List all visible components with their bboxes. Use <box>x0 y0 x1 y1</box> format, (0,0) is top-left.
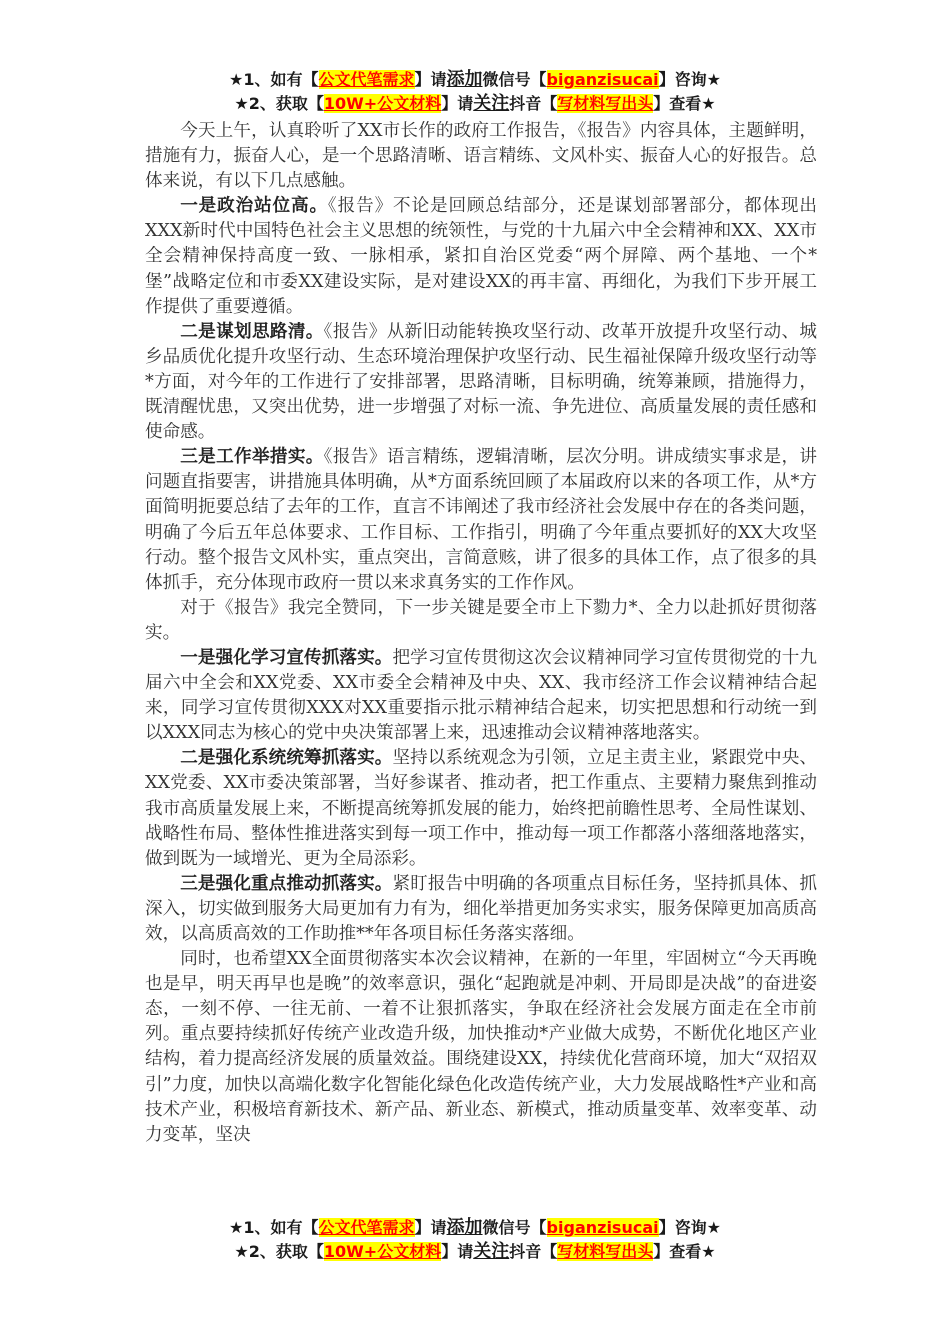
paragraph-lead: 三是强化重点推动抓落实。 <box>180 874 392 894</box>
promo-text: 】查看★ <box>653 94 715 113</box>
paragraph-lead: 一是强化学习宣传抓落实。 <box>180 648 392 668</box>
footer-promo-banner: ★1、如有【公文代笔需求】请添加微信号【biganzisucai】咨询★ ★2、… <box>0 1216 950 1264</box>
promo-text: ★2、获取【 <box>234 94 323 113</box>
promo-text: 微信号【 <box>483 1218 547 1237</box>
promo-text: 抖音【 <box>509 94 557 113</box>
paragraph-transition: 对于《报告》我完全赞同，下一步关键是要全市上下勠力*、全力以赴抓好贯彻落实。 <box>145 596 817 646</box>
paragraph-text: 同时，也希望XX全面贯彻落实本次会议精神，在新的一年里，牢固树立“今天再晚也是早… <box>145 949 817 1145</box>
promo-text: ★1、如有【 <box>229 70 318 89</box>
promo-text: 抖音【 <box>509 1242 557 1261</box>
header-promo-banner: ★1、如有【公文代笔需求】请添加微信号【biganzisucai】咨询★ ★2、… <box>0 68 950 116</box>
promo-line-2: ★2、获取【10W+公文材料】请关注抖音【写材料写出头】查看★ <box>0 92 950 116</box>
promo-text: 】请 <box>441 94 473 113</box>
underlined-text: 添加 <box>447 1217 483 1238</box>
promo-text: 】咨询★ <box>659 1218 721 1237</box>
highlight-douyin-account: 写材料写出头 <box>557 1242 653 1261</box>
promo-text: 】查看★ <box>653 1242 715 1261</box>
paragraph-text: 今天上午，认真聆听了XX市长作的政府工作报告，《报告》内容具体，主题鲜明，措施有… <box>145 121 817 191</box>
paragraph-intro: 今天上午，认真聆听了XX市长作的政府工作报告，《报告》内容具体，主题鲜明，措施有… <box>145 119 817 194</box>
paragraph-text: 《报告》语言精练，逻辑清晰，层次分明。讲成绩实事求是，讲问题直指要害，讲措施具体… <box>145 447 817 592</box>
highlight-service: 公文代笔需求 <box>319 1218 415 1237</box>
paragraph-lead: 二是强化系统统筹抓落实。 <box>180 748 392 768</box>
highlight-materials: 10W+公文材料 <box>324 1242 441 1261</box>
promo-text: ★2、获取【 <box>234 1242 323 1261</box>
highlight-wechat-id: biganzisucai <box>547 1218 659 1237</box>
highlight-wechat-id: biganzisucai <box>547 70 659 89</box>
paragraph-point-1: 一是政治站位高。《报告》不论是回顾总结部分，还是谋划部署部分，都体现出XXX新时… <box>145 194 817 319</box>
paragraph-action-1: 一是强化学习宣传抓落实。把学习宣传贯彻这次会议精神同学习宣传贯彻党的十九届六中全… <box>145 646 817 746</box>
document-page: ★1、如有【公文代笔需求】请添加微信号【biganzisucai】咨询★ ★2、… <box>0 0 950 1344</box>
underlined-text: 关注 <box>473 1241 509 1262</box>
paragraph-action-3: 三是强化重点推动抓落实。紧盯报告中明确的各项重点目标任务，坚持抓具体、抓深入，切… <box>145 872 817 947</box>
promo-line-2: ★2、获取【10W+公文材料】请关注抖音【写材料写出头】查看★ <box>0 1240 950 1264</box>
paragraph-action-2: 二是强化系统统筹抓落实。坚持以系统观念为引领，立足主责主业，紧跟党中央、XX党委… <box>145 746 817 871</box>
paragraph-lead: 一是政治站位高。 <box>180 196 328 216</box>
paragraph-point-3: 三是工作举措实。《报告》语言精练，逻辑清晰，层次分明。讲成绩实事求是，讲问题直指… <box>145 445 817 596</box>
highlight-service: 公文代笔需求 <box>319 70 415 89</box>
highlight-douyin-account: 写材料写出头 <box>557 94 653 113</box>
paragraph-point-2: 二是谋划思路清。《报告》从新旧动能转换攻坚行动、改革开放提升攻坚行动、城乡品质优… <box>145 320 817 445</box>
underlined-text: 添加 <box>447 69 483 90</box>
paragraph-closing: 同时，也希望XX全面贯彻落实本次会议精神，在新的一年里，牢固树立“今天再晚也是早… <box>145 947 817 1148</box>
paragraph-lead: 二是谋划思路清。 <box>180 322 324 342</box>
promo-text: 】请 <box>441 1242 473 1261</box>
highlight-materials: 10W+公文材料 <box>324 94 441 113</box>
promo-text: 微信号【 <box>483 70 547 89</box>
promo-line-1: ★1、如有【公文代笔需求】请添加微信号【biganzisucai】咨询★ <box>0 68 950 92</box>
paragraph-lead: 三是工作举措实。 <box>180 447 324 467</box>
promo-text: 】请 <box>415 70 447 89</box>
promo-line-1: ★1、如有【公文代笔需求】请添加微信号【biganzisucai】咨询★ <box>0 1216 950 1240</box>
paragraph-text: 对于《报告》我完全赞同，下一步关键是要全市上下勠力*、全力以赴抓好贯彻落实。 <box>145 598 817 643</box>
promo-text: ★1、如有【 <box>229 1218 318 1237</box>
promo-text: 】请 <box>415 1218 447 1237</box>
promo-text: 】咨询★ <box>659 70 721 89</box>
document-body: 今天上午，认真聆听了XX市长作的政府工作报告，《报告》内容具体，主题鲜明，措施有… <box>145 119 817 1148</box>
underlined-text: 关注 <box>473 93 509 114</box>
